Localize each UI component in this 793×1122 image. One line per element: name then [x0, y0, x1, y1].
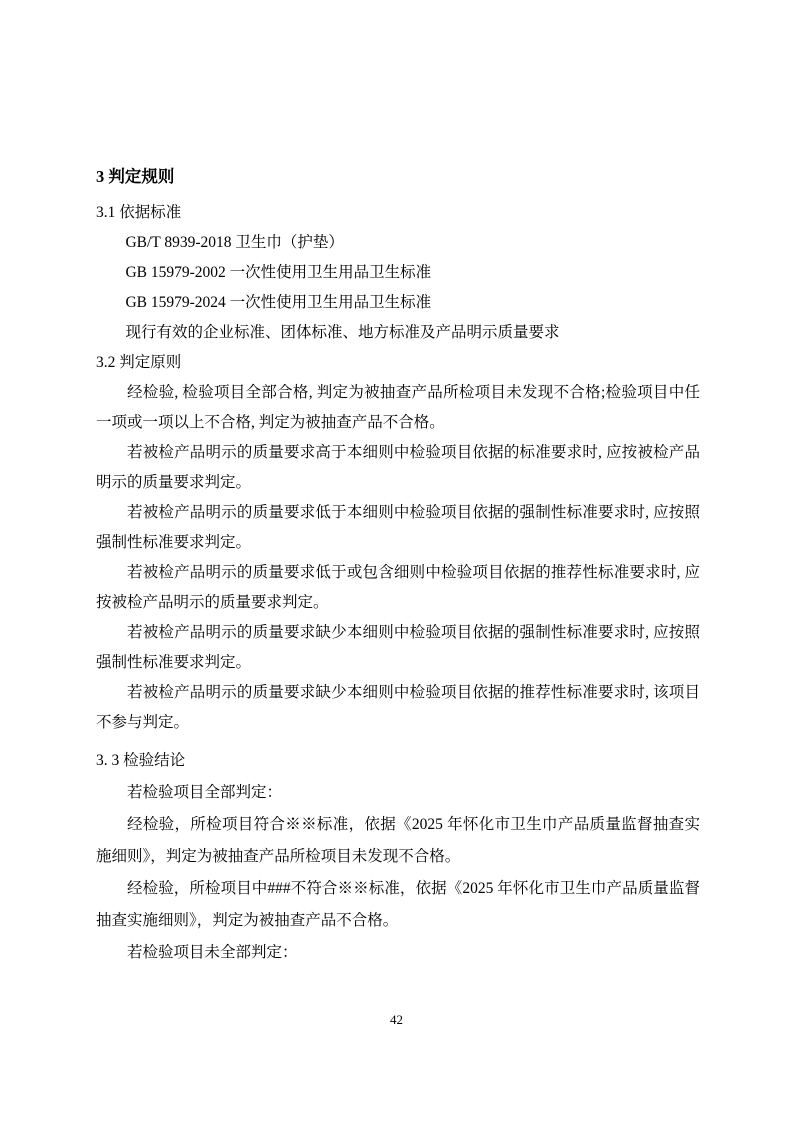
paragraph: 若被检产品明示的质量要求高于本细则中检验项目依据的标准要求时, 应按被检产品明示… — [96, 438, 700, 498]
paragraph: 若被检产品明示的质量要求低于本细则中检验项目依据的强制性标准要求时, 应按照强制… — [96, 498, 700, 558]
paragraph: 经检验，所检项目中###不符合※※标准，依据《2025 年怀化市卫生巾产品质量监… — [96, 873, 700, 937]
chapter-heading: 3 判定规则 — [96, 162, 700, 192]
standard-reference: 现行有效的企业标准、团体标准、地方标准及产品明示质量要求 — [96, 318, 700, 348]
section-title-3-1: 3.1 依据标准 — [96, 198, 700, 228]
document-body: 3 判定规则 3.1 依据标准 GB/T 8939-2018 卫生巾（护垫） G… — [96, 162, 700, 969]
standard-reference: GB/T 8939-2018 卫生巾（护垫） — [96, 228, 700, 258]
paragraph: 若被检产品明示的质量要求低于或包含细则中检验项目依据的推荐性标准要求时, 应按被… — [96, 558, 700, 618]
paragraph: 若被检产品明示的质量要求缺少本细则中检验项目依据的强制性标准要求时, 应按照强制… — [96, 618, 700, 678]
standard-reference: GB 15979-2002 一次性使用卫生用品卫生标准 — [96, 258, 700, 288]
section-3-3: 3. 3 检验结论 若检验项目全部判定： 经检验，所检项目符合※※标准，依据《2… — [96, 745, 700, 969]
paragraph: 经检验, 检验项目全部合格, 判定为被抽查产品所检项目未发现不合格;检验项目中任… — [96, 378, 700, 438]
section-title-3-2: 3.2 判定原则 — [96, 348, 700, 378]
document-page: 3 判定规则 3.1 依据标准 GB/T 8939-2018 卫生巾（护垫） G… — [0, 0, 793, 1122]
paragraph: 若检验项目未全部判定： — [96, 937, 700, 969]
section-title-3-3: 3. 3 检验结论 — [96, 745, 700, 777]
page-number: 42 — [0, 1012, 793, 1028]
paragraph: 若检验项目全部判定： — [96, 777, 700, 809]
paragraph: 若被检产品明示的质量要求缺少本细则中检验项目依据的推荐性标准要求时, 该项目不参… — [96, 678, 700, 738]
standard-reference: GB 15979-2024 一次性使用卫生用品卫生标准 — [96, 288, 700, 318]
paragraph: 经检验，所检项目符合※※标准，依据《2025 年怀化市卫生巾产品质量监督抽查实施… — [96, 809, 700, 873]
